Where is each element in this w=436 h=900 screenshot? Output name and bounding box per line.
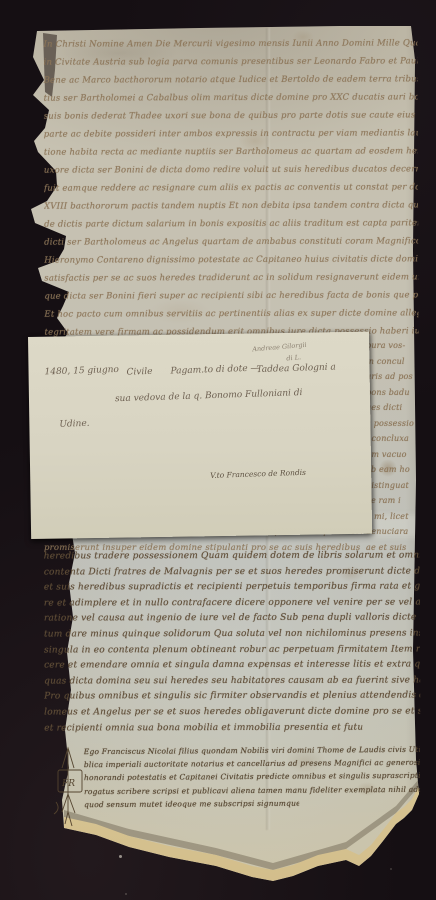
lower-text-line: quas dicta domina seu sui heredes seu ha… bbox=[44, 674, 420, 687]
notarial-line: blica imperiali auctoritate notarius et … bbox=[84, 758, 420, 770]
manuscript-photograph: In Christi Nomine Amen Die Mercurii vige… bbox=[0, 0, 436, 900]
margin-fragment: um vacuo bbox=[366, 449, 422, 460]
margin-fragment: distinguat bbox=[366, 480, 422, 491]
note-place: Civile bbox=[126, 367, 152, 378]
upper-text-line: dicti ser Bartholomeus ac Angelus quarta… bbox=[44, 235, 418, 248]
lower-text-line: re et adimplere et in nullo contrafacere… bbox=[44, 596, 420, 609]
margin-fragment: uris ad pos bbox=[366, 371, 422, 382]
margin-fragment: q mi, licet bbox=[366, 511, 422, 522]
upper-text-line: In Christi Nomine Amen Die Mercurii vige… bbox=[43, 37, 417, 50]
notarial-line: honorandi potestatis et Capitanei Civita… bbox=[84, 771, 420, 783]
margin-fragment: ab eam ho bbox=[366, 464, 422, 475]
notarial-line: rogatus scribere scripsi et publicavi al… bbox=[84, 784, 420, 796]
note-corner-annotation: di L. bbox=[286, 353, 301, 362]
notary-mark-initials: FR bbox=[61, 779, 75, 789]
lower-text-line: cere et emendare omnia et singula damna … bbox=[44, 659, 420, 672]
margin-fragment: ae ram i bbox=[366, 495, 422, 506]
note-signature: V.to Francesco de Rondis bbox=[210, 468, 306, 480]
archival-note-slip: Andreae Gilorgii di L. 1480, 15 giugno C… bbox=[28, 332, 372, 539]
dust-speck bbox=[125, 893, 127, 895]
upper-text-line: tione habita recta ac mediante nuptiis s… bbox=[44, 145, 418, 158]
notarial-line: Ego Franciscus Nicolai filius quondam No… bbox=[84, 745, 420, 757]
note-date: 1480, 15 giugno bbox=[44, 365, 119, 377]
note-corner-annotation: Andreae Gilorgii bbox=[252, 341, 307, 354]
margin-fragment: in concul bbox=[366, 356, 422, 367]
lower-text-line: ratione vel causa aut ingenio de iure ve… bbox=[44, 612, 420, 625]
latin-text-lower-block: heredibus tradere possessionem Quam quid… bbox=[44, 550, 420, 737]
lower-text-line: et suis heredibus supradictis et recipie… bbox=[44, 581, 420, 594]
lower-text-line: tum dare minus quinque solidorum Qua sol… bbox=[44, 628, 420, 641]
margin-fragment-column: pura vos-in conculuris ad pospons baduue… bbox=[366, 340, 422, 560]
upper-text-line: que dicta ser Bonini fieri super ac reci… bbox=[44, 289, 418, 302]
upper-text-line: Bene ac Marco bacthororum notario atque … bbox=[44, 73, 418, 86]
dust-speck bbox=[119, 855, 122, 858]
note-line2: sua vedova de la q. Bonomo Fulloniani di bbox=[115, 388, 303, 404]
margin-fragment: denuciara bbox=[366, 526, 422, 537]
upper-text-line: fuit eamque reddere ac resignare cum ali… bbox=[44, 181, 418, 194]
lower-text-line: Pro quibus omnibus et singulis sic firmi… bbox=[44, 690, 420, 703]
margin-fragment: i concluxa bbox=[366, 433, 422, 444]
upper-text-line: de dictis parte dictum salarium in bonis… bbox=[44, 217, 418, 230]
margin-fragment: pons badu bbox=[366, 387, 422, 398]
lower-text-line: singula in eo contenta plenum obtineant … bbox=[44, 643, 420, 656]
upper-text-line: suis bonis dederat Thadee uxori sue bona… bbox=[44, 109, 418, 122]
note-subject: Pagam.to di dote — bbox=[170, 364, 259, 377]
upper-text-line: satisfactis per se ac suos heredes tradi… bbox=[44, 271, 418, 284]
upper-text-line: parte ac debite possideri inter ambos ex… bbox=[44, 127, 418, 140]
margin-fragment: ues dicti bbox=[366, 402, 422, 413]
upper-text-line: in Civitate Austria sub logia parva comu… bbox=[44, 55, 418, 68]
upper-text-line: tius ser Bartholomei a Cabalbus olim mar… bbox=[44, 91, 418, 104]
margin-fragment: a possessio bbox=[366, 418, 422, 429]
note-line3: Udine. bbox=[59, 419, 90, 430]
lower-text-line: lomeus et Angelus per se et suos heredes… bbox=[44, 706, 420, 719]
upper-text-line: uxore dicta ser Bonini de dicta domo red… bbox=[44, 163, 418, 176]
notary-sign-icon: FR bbox=[48, 740, 94, 836]
notarial-line: quod sensum mutet ideoque me subscripsi … bbox=[84, 798, 299, 810]
lower-text-line: contenta Dicti fratres de Malvagnis per … bbox=[44, 565, 420, 578]
lower-text-line: et recipienti omnia sua bona mobilia et … bbox=[44, 721, 362, 734]
note-party: Taddea Gologni a bbox=[256, 362, 336, 375]
lower-text-line: heredibus tradere possessionem Quam quid… bbox=[44, 550, 420, 563]
notarial-subscription-block: Ego Franciscus Nicolai filius quondam No… bbox=[84, 745, 420, 817]
dust-speck bbox=[390, 868, 392, 870]
margin-fragment: pura vos- bbox=[366, 340, 422, 351]
upper-text-line: Et hoc pacto cum omnibus servitiis ac pe… bbox=[44, 307, 418, 320]
upper-text-line: Hieronymo Contareno dignissimo potestate… bbox=[44, 253, 418, 266]
upper-text-line: XVIII bacthororum pactis tandem nuptis E… bbox=[44, 199, 418, 212]
latin-text-upper-block: In Christi Nomine Amen Die Mercurii vige… bbox=[43, 37, 418, 354]
